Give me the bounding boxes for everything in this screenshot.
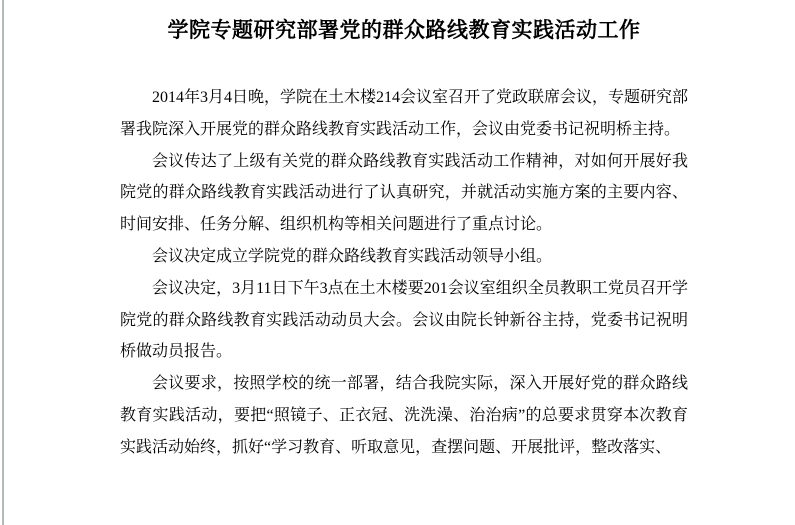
page-left-edge-line (2, 0, 4, 525)
document-content: 学院专题研究部署党的群众路线教育实践活动工作 2014年3月4日晚，学院在土木楼… (120, 0, 688, 502)
paragraph-leading-group: 会议决定成立学院党的群众路线教育实践活动领导小组。 (120, 241, 688, 273)
paragraph-mobilization-meeting: 会议决定，3月11日下午3点在土木楼要201会议室组织全员教职工党员召开学院党的… (120, 273, 688, 368)
document-title: 学院专题研究部署党的群众路线教育实践活动工作 (120, 13, 688, 47)
paragraph-spirit-study: 会议传达了上级有关党的群众路线教育实践活动工作精神，对如何开展好我院党的群众路线… (120, 146, 688, 241)
paragraph-requirements: 会议要求，按照学校的统一部署，结合我院实际，深入开展好党的群众路线教育实践活动，… (120, 368, 688, 463)
document-page: 学院专题研究部署党的群众路线教育实践活动工作 2014年3月4日晚，学院在土木楼… (0, 0, 795, 525)
paragraph-meeting-intro: 2014年3月4日晚，学院在土木楼214会议室召开了党政联席会议，专题研究部署我… (120, 82, 688, 146)
